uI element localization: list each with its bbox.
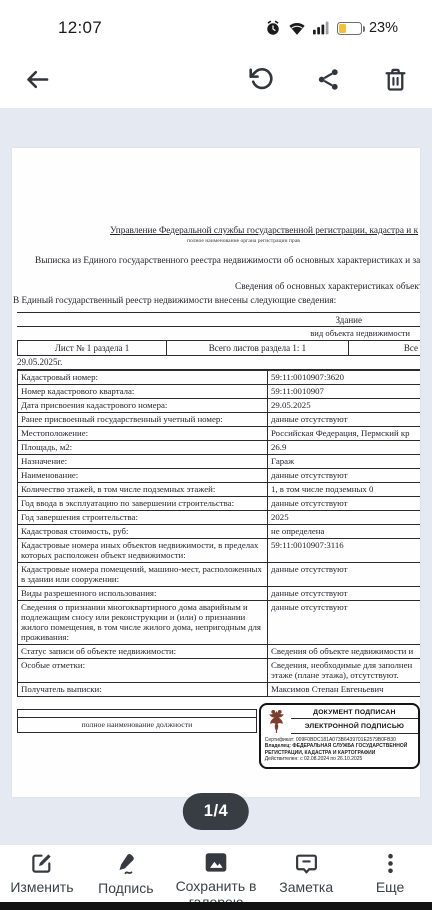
signature-pen-icon — [113, 851, 139, 877]
table-row: Сведения о признании многоквартирного до… — [18, 600, 421, 644]
action-toolbar-right — [246, 64, 410, 94]
row-label: Кадастровая стоимость, руб: — [18, 524, 268, 538]
alarm-icon — [265, 20, 281, 36]
doc-section-heading: Сведения об основных характеристиках объ… — [235, 282, 420, 292]
doc-sheet-extra: Все — [349, 341, 420, 355]
more-label: Еще — [376, 879, 405, 895]
row-value: 1, в том числе подземных 0 — [268, 482, 421, 496]
row-label: Получатель выписки: — [18, 682, 268, 696]
doc-table: Здание вид объекта недвижимости Лист № 1… — [17, 312, 420, 769]
signal-icon — [313, 21, 330, 35]
share-button[interactable] — [313, 64, 343, 94]
row-value: данные отсутствуют — [268, 468, 421, 482]
edit-button[interactable]: Изменить — [0, 851, 84, 895]
status-time: 12:07 — [58, 18, 102, 38]
delete-button[interactable] — [380, 64, 410, 94]
stamp-title-line1: ДОКУМЕНТ ПОДПИСАН — [291, 705, 418, 720]
phone-screen: 12:07 23% — [0, 0, 432, 910]
row-label: Местоположение: — [18, 426, 268, 440]
table-row: Кадастровая стоимость, руб:не определена — [18, 524, 421, 538]
stamp-owner-line1: Владелец: ФЕДЕРАЛЬНАЯ СЛУЖБА ГОСУДАРСТВЕ… — [265, 743, 414, 750]
stamp-certificate-block: Сертификат: 009F0BDC181A073B6439701E2579… — [261, 734, 418, 767]
home-bar — [0, 902, 432, 910]
signature-position-caption: полное наименование должности — [18, 718, 256, 732]
document-content: Управление Федеральной службы государств… — [12, 148, 420, 769]
row-label: Площадь, м2: — [18, 440, 268, 454]
more-kebab-icon — [378, 851, 403, 876]
signature-blank-line — [18, 710, 256, 718]
share-icon — [316, 67, 341, 92]
row-label: Наименование: — [18, 468, 268, 482]
row-value: Российская Федерация, Пермский кр — [268, 426, 421, 440]
row-label: Дата присвоения кадастрового номера: — [18, 398, 268, 412]
gallery-icon — [203, 851, 229, 875]
digital-signature-stamp: ДОКУМЕНТ ПОДПИСАН ЭЛЕКТРОННОЙ ПОДПИСЬЮ С… — [259, 703, 420, 769]
table-row: Особые отметки:Сведения, необходимые для… — [18, 658, 421, 682]
stamp-title-line2: ЭЛЕКТРОННОЙ ПОДПИСЬЮ — [291, 719, 418, 734]
doc-intro: В Единый государственный реестр недвижим… — [13, 296, 420, 306]
note-label: Заметка — [279, 879, 333, 895]
row-label: Кадастровые номера помещений, машино-мес… — [18, 562, 268, 586]
row-value: данные отсутствуют — [268, 412, 421, 426]
row-value: Сведения об объекте недвижимости и — [268, 644, 421, 658]
rosreestr-emblem-icon — [265, 708, 288, 735]
table-row: Кадастровый номер:59:11:0010907:3620 — [18, 370, 421, 384]
row-label: Кадастровые номера иных объектов недвижи… — [18, 538, 268, 562]
table-row: Номер кадастрового квартала:59:11:001090… — [18, 384, 421, 398]
table-row: Статус записи об объекте недвижимости:Св… — [18, 644, 421, 658]
doc-date: 29.05.2025г. — [17, 356, 420, 370]
row-label: Особые отметки: — [18, 658, 268, 682]
document-page: Управление Федеральной службы государств… — [12, 148, 420, 797]
doc-sheet-total: Всего листов раздела 1: 1 — [167, 341, 349, 355]
row-value: 2025 — [268, 510, 421, 524]
document-viewer[interactable]: Управление Федеральной службы государств… — [0, 108, 432, 845]
table-row: Кадастровые номера помещений, машино-мес… — [18, 562, 421, 586]
doc-attributes-table: Кадастровый номер:59:11:0010907:3620 Ном… — [17, 370, 420, 697]
back-arrow-icon — [24, 66, 51, 93]
battery-icon — [337, 22, 362, 35]
back-button[interactable] — [22, 64, 52, 94]
table-row: Ранее присвоенный государственный учетны… — [18, 412, 421, 426]
row-value: данные отсутствуют — [268, 496, 421, 510]
table-row: Виды разрешенного использования:данные о… — [18, 586, 421, 600]
row-value: 59:11:0010907:3116 — [268, 538, 421, 562]
battery-nub — [363, 26, 365, 32]
row-value: 26.9 — [268, 440, 421, 454]
table-row: Получатель выписки:Максимов Степан Евген… — [18, 682, 421, 696]
edit-label: Изменить — [10, 879, 73, 895]
table-row: Наименование:данные отсутствуют — [18, 468, 421, 482]
table-row: Местоположение:Российская Федерация, Пер… — [18, 426, 421, 440]
row-label: Статус записи об объекте недвижимости: — [18, 644, 268, 658]
doc-object-type: Здание — [17, 313, 420, 327]
row-value: данные отсутствуют — [268, 600, 421, 644]
more-button[interactable]: Еще — [348, 851, 432, 895]
row-value: 29.05.2025 — [268, 398, 421, 412]
status-bar: 12:07 23% — [0, 0, 432, 50]
row-value: Максимов Степан Евгеньевич — [268, 682, 421, 696]
table-row: Год завершения строительства:2025 — [18, 510, 421, 524]
doc-sheet-number: Лист № 1 раздела 1 — [17, 341, 167, 355]
trash-icon — [383, 67, 408, 92]
signature-area: полное наименование должности — [17, 703, 420, 769]
doc-org-caption: полное наименование органа регистрации п… — [187, 238, 420, 244]
doc-sheet-row: Лист № 1 раздела 1 Всего листов раздела … — [17, 340, 420, 356]
battery-percent: 23% — [369, 20, 398, 36]
rotate-ccw-icon — [248, 66, 274, 92]
row-value: данные отсутствуют — [268, 586, 421, 600]
row-value: 59:11:0010907 — [268, 384, 421, 398]
row-label: Год ввода в эксплуатацию по завершении с… — [18, 496, 268, 510]
battery-fill — [339, 24, 346, 33]
note-icon — [294, 851, 319, 876]
signature-position-box: полное наименование должности — [17, 709, 257, 733]
bottom-toolbar: Изменить Подпись Сохранить в галерею Зам… — [0, 845, 432, 902]
edit-icon — [29, 851, 54, 876]
stamp-validity: Действителен: с 02.08.2024 по 26.10.2025 — [265, 756, 414, 763]
table-row: Назначение:Гараж — [18, 454, 421, 468]
row-label: Год завершения строительства: — [18, 510, 268, 524]
row-value: не определена — [268, 524, 421, 538]
wifi-icon — [288, 21, 306, 36]
table-row: Год ввода в эксплуатацию по завершении с… — [18, 496, 421, 510]
table-row: Дата присвоения кадастрового номера:29.0… — [18, 398, 421, 412]
status-icons: 23% — [265, 20, 398, 36]
doc-object-type-caption: вид объекта недвижимости — [17, 327, 420, 340]
signature-button[interactable]: Подпись — [84, 851, 168, 896]
row-value: Гараж — [268, 454, 421, 468]
rotate-button[interactable] — [246, 64, 276, 94]
row-value: 59:11:0010907:3620 — [268, 370, 421, 384]
table-row: Количество этажей, в том числе подземных… — [18, 482, 421, 496]
row-value: Сведения, необходимые для заполнен этаже… — [268, 658, 421, 682]
row-label: Кадастровый номер: — [18, 370, 268, 384]
signature-label: Подпись — [98, 880, 153, 896]
table-row: Площадь, м2:26.9 — [18, 440, 421, 454]
row-label: Сведения о признании многоквартирного до… — [18, 600, 268, 644]
row-label: Номер кадастрового квартала: — [18, 384, 268, 398]
page-indicator: 1/4 — [183, 793, 249, 830]
row-label: Ранее присвоенный государственный учетны… — [18, 412, 268, 426]
doc-org-title: Управление Федеральной службы государств… — [110, 226, 420, 236]
note-button[interactable]: Заметка — [264, 851, 348, 895]
table-row: Кадастровые номера иных объектов недвижи… — [18, 538, 421, 562]
doc-title: Выписка из Единого государственного реес… — [35, 256, 420, 266]
row-label: Назначение: — [18, 454, 268, 468]
row-label: Количество этажей, в том числе подземных… — [18, 482, 268, 496]
row-label: Виды разрешенного использования: — [18, 586, 268, 600]
row-value: данные отсутствуют — [268, 562, 421, 586]
action-toolbar — [0, 50, 432, 108]
